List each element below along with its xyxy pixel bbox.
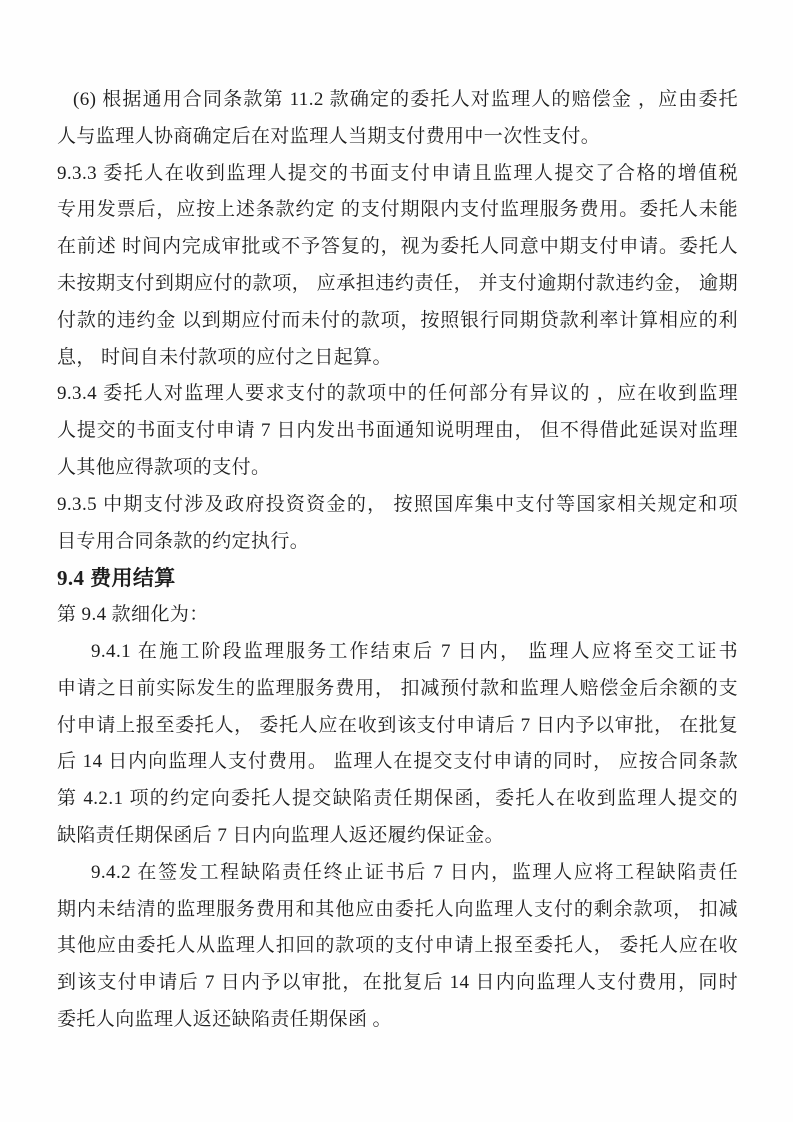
text-line: 委托人向监理人返还缺陷责任期保函 。: [57, 1002, 738, 1039]
text-line: 到该支付申请后 7 日内予以审批，在批复后 14 日内向监理人支付费用，同时: [57, 965, 738, 1002]
section-heading-9-4: 9.4 费用结算: [57, 560, 738, 597]
text-line: 未按期支付到期应付的款项， 应承担违约责任， 并支付逾期付款违约金， 逾期: [57, 266, 738, 303]
text-line: 9.3.5 中期支付涉及政府投资资金的， 按照国库集中支付等国家相关规定和项: [57, 487, 738, 524]
document-page: (6) 根据通用合同条款第 11.2 款确定的委托人对监理人的赔偿金 ，应由委托…: [0, 0, 793, 1122]
clause-item-6: (6) 根据通用合同条款第 11.2 款确定的委托人对监理人的赔偿金 ，应由委托…: [57, 82, 738, 156]
clause-9-3-3: 9.3.3 委托人在收到监理人提交的书面支付申请且监理人提交了合格的增值税专用发…: [57, 156, 738, 377]
text-line: 人提交的书面支付申请 7 日内发出书面通知说明理由， 但不得借此延误对监理: [57, 413, 738, 450]
clause-9-4-2: 9.4.2 在签发工程缺陷责任终止证书后 7 日内，监理人应将工程缺陷责任期内未…: [57, 855, 738, 1039]
text-line: 第 9.4 款细化为：: [57, 597, 738, 634]
text-line: 9.4.2 在签发工程缺陷责任终止证书后 7 日内，监理人应将工程缺陷责任: [57, 855, 738, 892]
text-line: 在前述 时间内完成审批或不予答复的，视为委托人同意中期支付申请。委托人: [57, 229, 738, 266]
text-line: 缺陷责任期保函后 7 日内向监理人返还履约保证金。: [57, 818, 738, 855]
text-line: 息， 时间自未付款项的应付之日起算。: [57, 340, 738, 377]
text-line: 专用发票后，应按上述条款约定 的支付期限内支付监理服务费用。委托人未能: [57, 192, 738, 229]
text-line: 9.3.3 委托人在收到监理人提交的书面支付申请且监理人提交了合格的增值税: [57, 156, 738, 193]
text-line: 人与监理人协商确定后在对监理人当期支付费用中一次性支付。: [57, 119, 738, 156]
text-line: 9.4.1 在施工阶段监理服务工作结束后 7 日内， 监理人应将至交工证书: [57, 634, 738, 671]
text-line: 人其他应得款项的支付。: [57, 450, 738, 487]
text-line: 期内未结清的监理服务费用和其他应由委托人向监理人支付的剩余款项， 扣减: [57, 892, 738, 929]
clause-9-4-1: 9.4.1 在施工阶段监理服务工作结束后 7 日内， 监理人应将至交工证书申请之…: [57, 634, 738, 855]
text-line: 9.3.4 委托人对监理人要求支付的款项中的任何部分有异议的 ，应在收到监理: [57, 376, 738, 413]
text-line: 付申请上报至委托人， 委托人应在收到该支付申请后 7 日内予以审批， 在批复: [57, 708, 738, 745]
text-line: 第 4.2.1 项的约定向委托人提交缺陷责任期保函，委托人在收到监理人提交的: [57, 781, 738, 818]
clause-9-3-4: 9.3.4 委托人对监理人要求支付的款项中的任何部分有异议的 ，应在收到监理人提…: [57, 376, 738, 486]
text-line: 其他应由委托人从监理人扣回的款项的支付申请上报至委托人， 委托人应在收: [57, 928, 738, 965]
text-line: 付款的违约金 以到期应付而未付的款项，按照银行同期贷款利率计算相应的利: [57, 303, 738, 340]
text-line: 9.4 费用结算: [57, 560, 738, 597]
clause-9-3-5: 9.3.5 中期支付涉及政府投资资金的， 按照国库集中支付等国家相关规定和项目专…: [57, 487, 738, 561]
clause-9-4-intro: 第 9.4 款细化为：: [57, 597, 738, 634]
text-line: 申请之日前实际发生的监理服务费用， 扣减预付款和监理人赔偿金后余额的支: [57, 671, 738, 708]
text-line: 目专用合同条款的约定执行。: [57, 524, 738, 561]
document-text-block: (6) 根据通用合同条款第 11.2 款确定的委托人对监理人的赔偿金 ，应由委托…: [57, 82, 738, 1039]
text-line: 后 14 日内向监理人支付费用。 监理人在提交支付申请的同时， 应按合同条款: [57, 744, 738, 781]
text-line: (6) 根据通用合同条款第 11.2 款确定的委托人对监理人的赔偿金 ，应由委托: [57, 82, 738, 119]
